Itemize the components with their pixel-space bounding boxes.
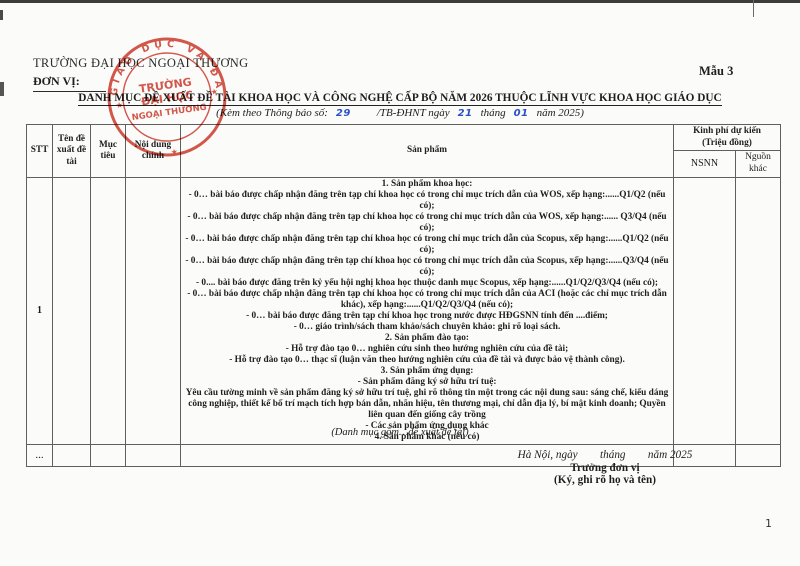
row1-muc-tieu bbox=[91, 178, 126, 445]
row2-ten bbox=[53, 445, 91, 467]
product-line: - 0.... bài báo được đăng trên kỷ yếu hộ… bbox=[184, 278, 670, 289]
product-line: 3. Sản phẩm ứng dụng: bbox=[184, 366, 670, 377]
col-header-san-pham: Sản phẩm bbox=[181, 125, 674, 178]
unit-label: ĐƠN VỊ: bbox=[33, 74, 106, 92]
month-handwritten: 01 bbox=[514, 108, 529, 119]
signature-block: Hà Nội, ngày tháng năm 2025 Trưởng đơn v… bbox=[440, 449, 770, 486]
row1-noi-dung bbox=[126, 178, 181, 445]
form-number-label: Mẫu 3 bbox=[699, 64, 733, 79]
signer-title: Trưởng đơn vị bbox=[440, 462, 770, 474]
scan-edge-top bbox=[0, 0, 800, 3]
col-header-nguon-khac: Nguồn khác bbox=[736, 151, 781, 178]
row1-san-pham: 1. Sản phẩm khoa học:- 0… bài báo được c… bbox=[181, 178, 674, 445]
row1-stt: 1 bbox=[27, 178, 53, 445]
stamp-star-right: ★ bbox=[210, 87, 218, 97]
row2-noi-dung bbox=[126, 445, 181, 467]
product-line: - 0… bài báo được chấp nhận đăng trên tạ… bbox=[184, 256, 670, 278]
col-header-stt: STT bbox=[27, 125, 53, 178]
row1-nguon-khac bbox=[736, 178, 781, 445]
row1-ten bbox=[53, 178, 91, 445]
row2-stt: ... bbox=[27, 445, 53, 467]
notice-number-handwritten: 29 bbox=[336, 108, 351, 119]
product-line: - 0… bài báo được chấp nhận đăng trên tạ… bbox=[184, 289, 670, 311]
place-date-line: Hà Nội, ngày tháng năm 2025 bbox=[440, 449, 770, 461]
product-line: 1. Sản phẩm khoa học: bbox=[184, 179, 670, 190]
university-red-stamp: GIÁO DỤC VÀ ĐÀO TẠO TRƯỜNG ĐẠI HỌC NGOẠI… bbox=[95, 25, 240, 170]
scan-mark-right bbox=[753, 0, 754, 17]
row1-nsnn bbox=[674, 178, 736, 445]
proposal-table: STT Tên đề xuất đề tài Mục tiêu Nội dung… bbox=[26, 124, 781, 467]
product-line: - Sản phẩm đăng ký sở hữu trí tuệ: bbox=[184, 377, 670, 388]
product-line: Yêu cầu tường minh về sản phẩm đăng ký s… bbox=[184, 388, 670, 421]
subtitle-mid1: /TB-ĐHNT ngày bbox=[377, 107, 450, 119]
product-line: - Hỗ trợ đào tạo 0… thạc sĩ (luận văn th… bbox=[184, 355, 670, 366]
col-header-nsnn: NSNN bbox=[674, 151, 736, 178]
product-line: - 0… giáo trình/sách tham khảo/sách chuy… bbox=[184, 322, 670, 333]
product-line: - Hỗ trợ đào tạo 0… nghiên cứu sinh theo… bbox=[184, 344, 670, 355]
row2-muc-tieu bbox=[91, 445, 126, 467]
stamp-star-left: ★ bbox=[115, 100, 123, 110]
table-row-1: 1 1. Sản phẩm khoa học:- 0… bài báo được… bbox=[27, 178, 781, 445]
list-summary-caption: (Danh mục gồm…đề xuất đề tài) bbox=[0, 427, 800, 438]
day-handwritten: 21 bbox=[458, 108, 473, 119]
scan-mark-left bbox=[0, 10, 3, 20]
product-line: - 0… bài báo được chấp nhận đăng trên tạ… bbox=[184, 234, 670, 256]
subtitle-mid2: tháng bbox=[481, 107, 506, 119]
signature-instruction: (Ký, ghi rõ họ và tên) bbox=[440, 474, 770, 486]
scanned-document-page: { "page": { "university": "TRƯỜNG ĐẠI HỌ… bbox=[0, 0, 800, 566]
product-line: - 0… bài báo được đăng trên tạp chí khoa… bbox=[184, 311, 670, 322]
product-line: 2. Sản phẩm đào tạo: bbox=[184, 333, 670, 344]
product-line: - 0… bài báo được chấp nhận đăng trên tạ… bbox=[184, 212, 670, 234]
page-number: 1 bbox=[765, 517, 772, 530]
stamp-star-bottom: ★ bbox=[170, 147, 178, 157]
col-header-kinh-phi: Kinh phí dự kiến (Triệu đồng) bbox=[674, 125, 781, 151]
col-header-ten-de-xuat: Tên đề xuất đề tài bbox=[53, 125, 91, 178]
product-line: - 0… bài báo được chấp nhận đăng trên tạ… bbox=[184, 190, 670, 212]
subtitle-suffix: năm 2025) bbox=[537, 107, 584, 119]
